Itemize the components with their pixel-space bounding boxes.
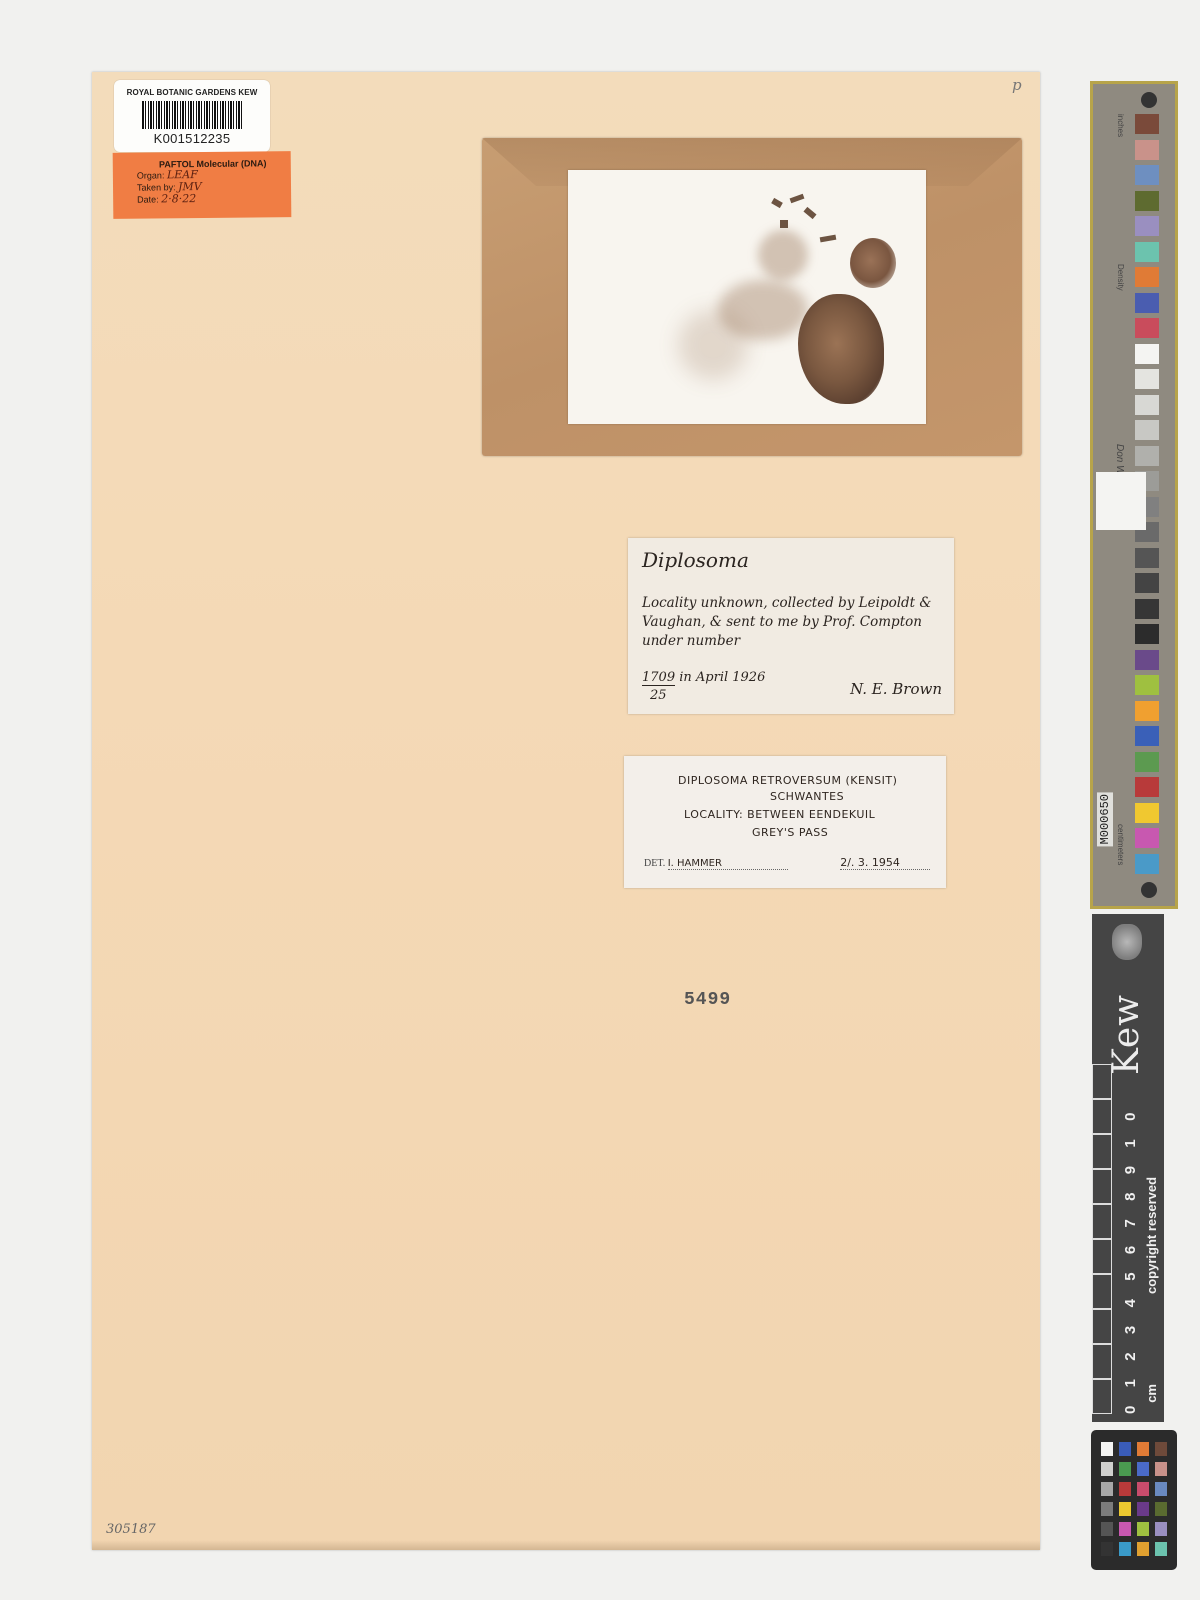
color-patch [1135,114,1159,134]
strip-hole-top [1141,92,1157,108]
taken-by-label: Taken by: [137,182,176,192]
copyright-notice: copyright reserved [1144,1064,1159,1294]
paftol-dna-label: PAFTOL Molecular (DNA) Organ: LEAF Taken… [113,151,292,219]
date-label: Date: [137,194,159,204]
det-line: DET. I. HAMMER 2/. 3. 1954 [644,856,930,870]
ruler-segment [1092,1274,1112,1309]
color-patch [1135,242,1159,262]
sheet-shadow [92,1540,1040,1550]
checker-patch [1155,1542,1167,1556]
checker-patch [1155,1462,1167,1476]
barcode-number: K001512235 [114,131,270,146]
color-patch [1135,165,1159,185]
checker-patch [1155,1442,1167,1456]
color-patch [1135,828,1159,848]
color-patch [1135,777,1159,797]
color-patch [1135,752,1159,772]
ruler-segment [1092,1064,1112,1099]
checker-patch [1119,1482,1131,1496]
corner-pencil-mark: p [1012,76,1022,94]
organ-label: Organ: [137,170,165,180]
checker-patch [1137,1522,1149,1536]
det-locality: LOCALITY: BETWEEN EENDEKUIL [684,808,875,821]
ruler-segment [1092,1379,1112,1414]
collection-label-brown: Diplosoma Locality unknown, collected by… [628,538,954,714]
kew-ruler: Kew 012345678910 copyright reserved cm [1092,914,1164,1422]
checker-patch [1155,1522,1167,1536]
ruler-numbers: 012345678910 [1122,1064,1139,1414]
color-patch [1135,344,1159,364]
color-patch [1135,803,1159,823]
cm-unit-label: cm [1144,1384,1159,1403]
det-prefix: DET. [644,858,665,869]
checker-patch [1101,1522,1113,1536]
specimen-fragments [758,230,808,280]
color-patch [1135,140,1159,160]
color-patch [1135,420,1159,440]
color-patch [1135,854,1159,874]
det-locality-2: GREY'S PASS [752,826,828,839]
kew-brand: Kew [1106,994,1147,1075]
color-patch [1135,267,1159,287]
checker-patch [1119,1442,1131,1456]
ruler-segment [1092,1344,1112,1379]
density-label: Density [1095,264,1125,324]
barcode-icon [142,101,242,129]
ruler-segment [1092,1239,1112,1274]
checker-patch [1137,1502,1149,1516]
det-name: I. HAMMER [668,858,788,870]
date-row: Date: 2·8·22 [137,192,291,206]
checker-patch [1101,1542,1113,1556]
color-patch [1135,318,1159,338]
checker-patch [1101,1482,1113,1496]
accession-number: 305187 [106,1522,156,1537]
institution-name: ROYAL BOTANIC GARDENS KEW [114,88,270,97]
checker-patch [1137,1462,1149,1476]
number-date: in April 1926 [679,670,765,685]
ruler-scale [1092,1064,1118,1414]
color-patch [1135,446,1159,466]
ruler-segment [1092,1204,1112,1239]
color-patch [1135,726,1159,746]
signature: N. E. Brown [850,680,942,698]
number-numerator: 1709 [642,670,675,686]
specimen-fragments [678,310,748,380]
inches-label: inches [1095,114,1125,174]
paftol-title: PAFTOL Molecular (DNA) [113,158,291,170]
color-patch [1135,675,1159,695]
color-patch [1135,293,1159,313]
color-patch [1135,395,1159,415]
number-denominator: 25 [650,688,667,703]
checker-patch [1119,1502,1131,1516]
color-patch [1135,216,1159,236]
ruler-segment [1092,1169,1112,1204]
ruler-segment [1092,1099,1112,1134]
kew-crest-icon [1112,924,1142,960]
collection-notes: Locality unknown, collected by Leipoldt … [642,594,947,651]
determination-label: DIPLOSOMA RETROVERSUM (KENSIT) SCHWANTES… [624,756,946,888]
checker-patch [1155,1482,1167,1496]
checker-patch [1101,1442,1113,1456]
checker-patch [1119,1462,1131,1476]
color-patch [1135,548,1159,568]
specimen-debris [780,220,788,228]
color-patch [1135,573,1159,593]
grey-scale-box [1096,472,1146,530]
strip-hole-bottom [1141,882,1157,898]
checker-patch [1137,1542,1149,1556]
checker-patch [1119,1542,1131,1556]
collection-number: 1709 in April 1926 25 [642,670,765,686]
color-patch [1135,191,1159,211]
det-taxon: DIPLOSOMA RETROVERSUM (KENSIT) [678,774,897,787]
date-value: 2·8·22 [161,192,196,205]
checker-patch [1101,1502,1113,1516]
color-patch [1135,701,1159,721]
checker-patch [1137,1442,1149,1456]
strip-code: M000650 [1097,792,1113,846]
color-patch [1135,599,1159,619]
genus-name: Diplosoma [642,548,749,572]
dried-plant-small [850,238,896,288]
ruler-segment [1092,1134,1112,1169]
checker-patch [1137,1482,1149,1496]
ruler-segment [1092,1309,1112,1344]
color-checker-card [1091,1430,1177,1570]
collector-number: 5499 [684,990,731,1010]
det-author: SCHWANTES [770,790,844,803]
color-patch [1135,624,1159,644]
checker-patch [1119,1522,1131,1536]
checker-patch [1155,1502,1167,1516]
checker-patch [1101,1462,1113,1476]
color-patch [1135,650,1159,670]
det-date: 2/. 3. 1954 [840,856,930,870]
color-patch [1135,369,1159,389]
barcode-label: ROYAL BOTANIC GARDENS KEW K001512235 [114,80,270,152]
